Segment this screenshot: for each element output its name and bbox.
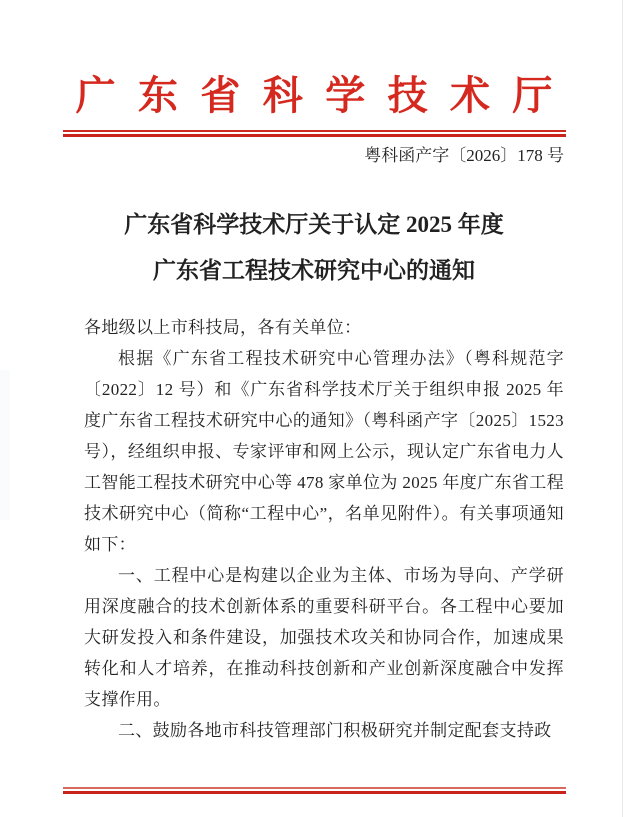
scan-artifact-right-edge [622, 0, 623, 817]
body-paragraph-1: 根据《广东省工程技术研究中心管理办法》（粤科规范字〔2022〕12 号）和《广东… [84, 343, 564, 560]
body-paragraph-3-truncated: 二、鼓励各地市科技管理部门积极研究并制定配套支持政 [84, 715, 564, 746]
salutation-line: 各地级以上市科技局，各有关单位： [84, 312, 564, 343]
document-page: 广东省科学技术厅 粤科函产字〔2026〕178 号 广东省科学技术厅关于认定 2… [0, 0, 628, 817]
letterhead-agency-name: 广东省科学技术厅 [0, 72, 628, 120]
document-title: 广东省科学技术厅关于认定 2025 年度 广东省工程技术研究中心的通知 [40, 202, 588, 294]
letterhead-rule-thick [63, 134, 566, 137]
letterhead-rule-thin [63, 130, 566, 132]
document-reference-number: 粤科函产字〔2026〕178 号 [84, 144, 564, 168]
footer-rule-thick [63, 791, 566, 794]
document-body: 各地级以上市科技局，各有关单位： 根据《广东省工程技术研究中心管理办法》（粤科规… [84, 312, 564, 746]
document-title-line2: 广东省工程技术研究中心的通知 [40, 248, 588, 294]
scan-artifact-left [0, 370, 10, 520]
body-paragraph-2: 一、工程中心是构建以企业为主体、市场为导向、产学研用深度融合的技术创新体系的重要… [84, 560, 564, 715]
footer-rule-thin [63, 787, 566, 789]
document-title-line1: 广东省科学技术厅关于认定 2025 年度 [40, 202, 588, 248]
